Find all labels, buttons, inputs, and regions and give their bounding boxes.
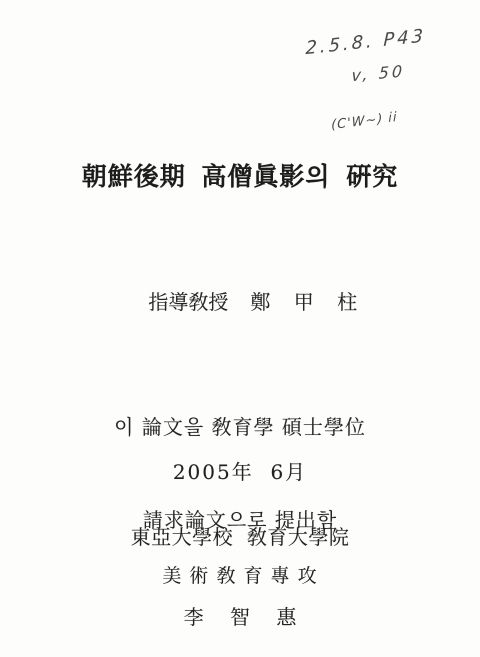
handwritten-call-number-line2: v, 50: [351, 61, 406, 85]
thesis-cover-page: 2.5.8. P43 v, 50 (C'W~) ii 朝鮮後期 高僧眞影의 硏究…: [0, 0, 480, 657]
handwritten-margin-note: (C'W~) ii: [331, 110, 398, 133]
advisor-name: 鄭 甲 柱: [250, 290, 357, 314]
submission-date: 2005年 6月: [0, 456, 480, 485]
author-name: 李 智 惠: [0, 601, 480, 630]
thesis-title: 朝鮮後期 高僧眞影의 硏究: [0, 157, 480, 193]
handwritten-call-number-line1: 2.5.8. P43: [305, 25, 426, 59]
submission-statement-line1: 이 論文을 敎育學 碩士學位: [0, 412, 480, 443]
advisor-line: 指導敎授鄭 甲 柱: [0, 262, 480, 339]
major-name: 美 術 敎 育 專 攻: [0, 561, 480, 588]
university-name: 東亞大學校 敎育大學院: [0, 521, 480, 550]
advisor-label: 指導敎授: [148, 290, 228, 314]
